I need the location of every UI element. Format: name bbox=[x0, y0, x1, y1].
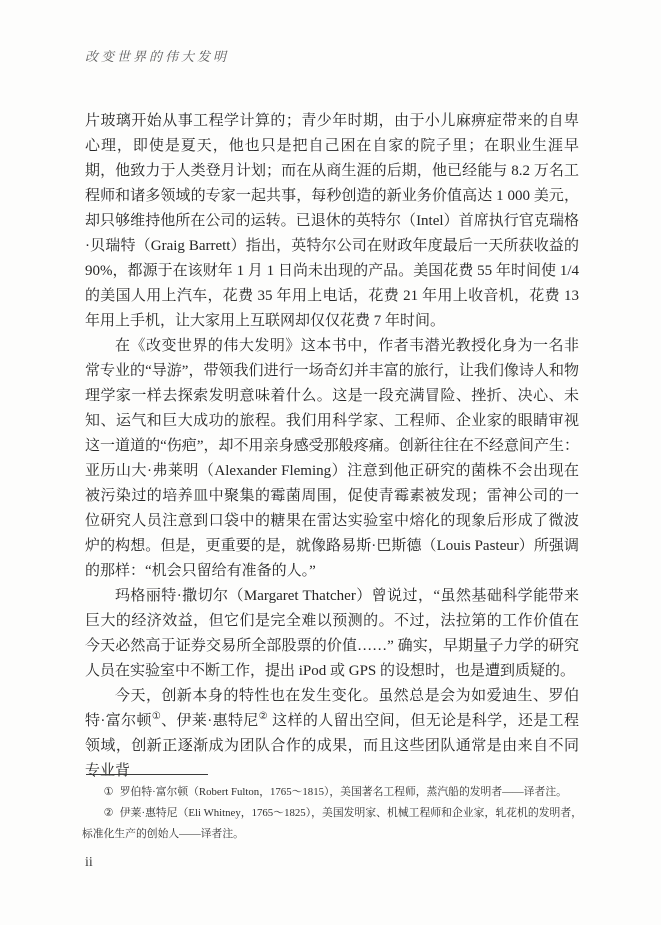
paragraph-3: 玛格丽特·撒切尔（Margaret Thatcher）曾说过，“虽然基础科学能带… bbox=[85, 584, 579, 684]
page-body: 片玻璃开始从事工程学计算的；青少年时期，由于小儿麻痹症带来的自卑心理，即使是夏天… bbox=[85, 109, 579, 784]
paragraph-1: 片玻璃开始从事工程学计算的；青少年时期，由于小儿麻痹症带来的自卑心理，即使是夏天… bbox=[85, 109, 579, 334]
book-page: 改变世界的伟大发明 片玻璃开始从事工程学计算的；青少年时期，由于小儿麻痹症带来的… bbox=[0, 0, 661, 925]
paragraph-2: 在《改变世界的伟大发明》这本书中，作者韦潜光教授化身为一名非常专业的“导游”，带… bbox=[85, 334, 579, 584]
footnote-1-text: 罗伯特·富尔顿（Robert Fulton，1765～1815），美国著名工程师… bbox=[120, 786, 567, 798]
footnote-1-marker: ① bbox=[104, 786, 114, 798]
footnote-separator bbox=[86, 774, 208, 775]
page-number: ii bbox=[85, 855, 93, 871]
paragraph-4: 今天，创新本身的特性也在发生变化。虽然总是会为如爱迪生、罗伯特·富尔顿①、伊莱·… bbox=[85, 684, 579, 784]
footnote-2: ②伊莱·惠特尼（Eli Whitney，1765～1825），美国发明家、机械工… bbox=[82, 803, 582, 845]
footnotes: ①罗伯特·富尔顿（Robert Fulton，1765～1815），美国著名工程… bbox=[82, 782, 582, 845]
running-header: 改变世界的伟大发明 bbox=[85, 46, 229, 65]
footnote-1: ①罗伯特·富尔顿（Robert Fulton，1765～1815），美国著名工程… bbox=[82, 782, 582, 803]
footnote-2-text: 伊莱·惠特尼（Eli Whitney，1765～1825），美国发明家、机械工程… bbox=[82, 807, 582, 840]
footnote-2-marker: ② bbox=[104, 807, 114, 819]
